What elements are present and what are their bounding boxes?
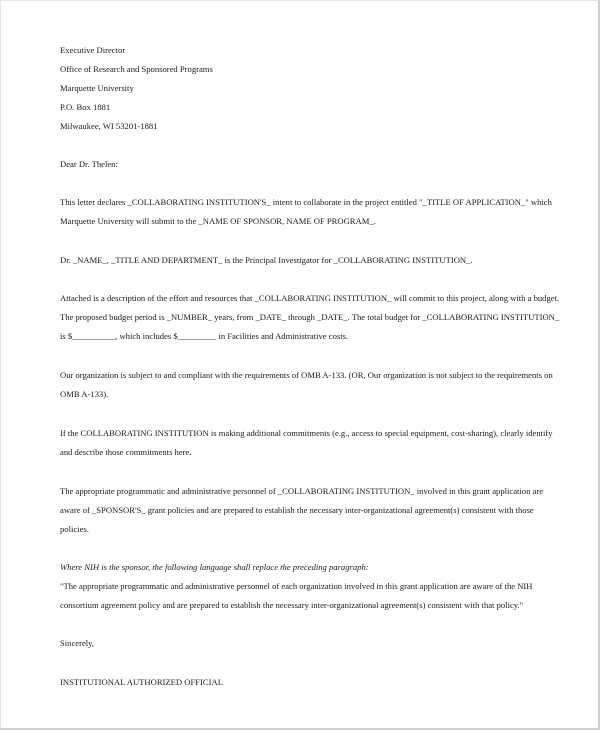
closing: Sincerely, — [60, 638, 94, 648]
paragraph-line: The appropriate programmatic and adminis… — [60, 486, 543, 496]
paragraph-line: policies. — [60, 524, 89, 534]
signature: INSTITUTIONAL AUTHORIZED OFFICIAL — [60, 677, 223, 687]
paragraph-line: OMB A-133). — [60, 389, 108, 399]
address-line: Executive Director — [60, 45, 125, 55]
paragraph-line: and describe those commitments here. — [60, 447, 192, 457]
paragraph-line: Attached is a description of the effort … — [60, 293, 559, 303]
paragraph-line: This letter declares _COLLABORATING INST… — [60, 197, 552, 207]
paragraph-line: Our organization is subject to and compl… — [60, 370, 553, 380]
paragraph-line: consortium agreement policy and are prep… — [60, 600, 523, 610]
paragraph-line: "The appropriate programmatic and admini… — [60, 581, 533, 591]
address-line: Marquette University — [60, 83, 134, 93]
address-line: P.O. Box 1881 — [60, 102, 110, 112]
address-line: Office of Research and Sponsored Program… — [60, 64, 213, 74]
address-line: Milwaukee, WI 53201-1881 — [60, 121, 157, 131]
paragraph-line: If the COLLABORATING INSTITUTION is maki… — [60, 428, 553, 438]
paragraph-line: Marquette University will submit to the … — [60, 216, 376, 226]
paragraph-line: The proposed budget period is _NUMBER_ y… — [60, 312, 559, 322]
paragraph-line: aware of _SPONSOR'S_ grant policies and … — [60, 505, 534, 515]
salutation: Dear Dr. Thelen: — [60, 159, 118, 169]
document-page: Executive Director Office of Research an… — [0, 0, 600, 730]
nih-note: Where NIH is the sponsor, the following … — [60, 562, 369, 572]
paragraph-line: Dr. _NAME_, _TITLE AND DEPARTMENT_ is th… — [60, 255, 473, 265]
paragraph-line: is $__________, which includes $________… — [60, 331, 348, 341]
